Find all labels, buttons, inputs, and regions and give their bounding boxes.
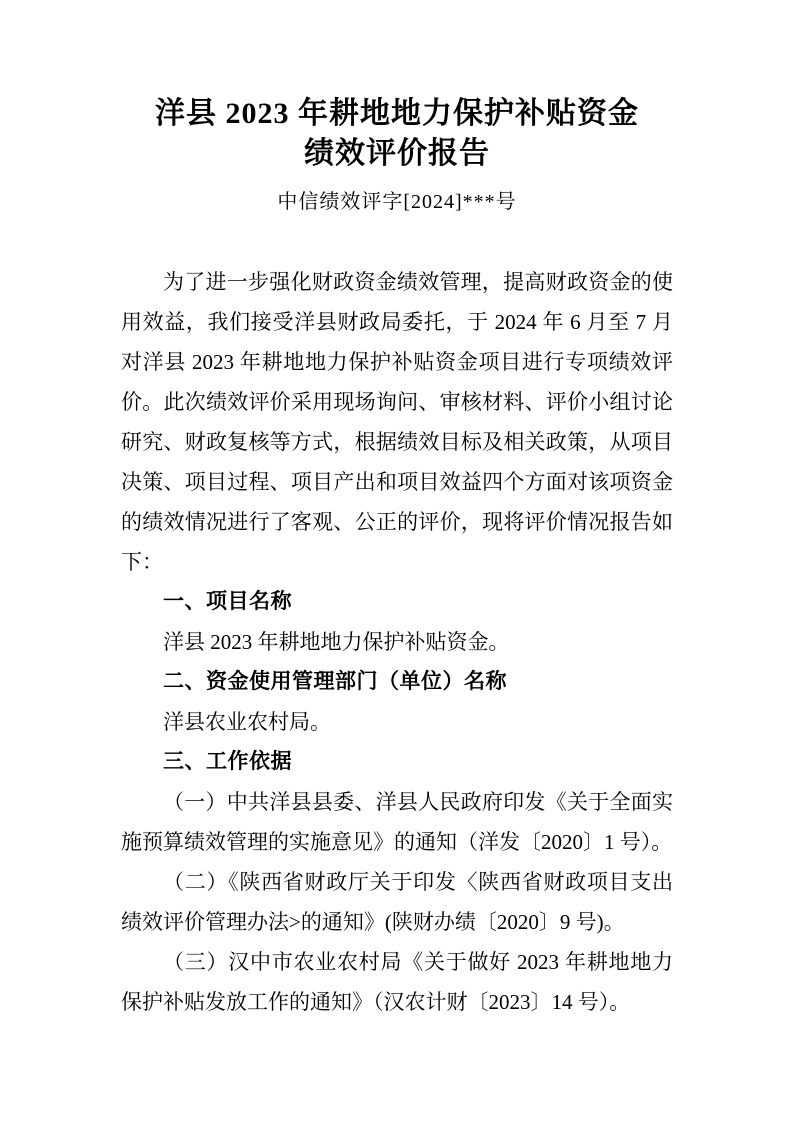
section-2-paragraph: 洋县农业农村局。: [121, 702, 673, 742]
section-3-item-3: （三）汉中市农业农村局《关于做好 2023 年耕地地力保护补贴发放工作的通知》（…: [121, 942, 673, 1022]
intro-paragraph: 为了进一步强化财政资金绩效管理，提高财政资金的使用效益，我们接受洋县财政局委托，…: [121, 262, 673, 582]
report-page: 洋县 2023 年耕地地力保护补贴资金 绩效评价报告 中信绩效评字[2024]*…: [0, 0, 793, 1122]
document-number: 中信绩效评字[2024]***号: [121, 189, 673, 215]
section-1-heading: 一、项目名称: [121, 582, 673, 622]
report-title-line1: 洋县 2023 年耕地地力保护补贴资金: [121, 94, 673, 134]
section-3-item-2: （二）《陕西省财政厅关于印发〈陕西省财政项目支出绩效评价管理办法>的通知》(陕财…: [121, 862, 673, 942]
section-3-item-1: （一）中共洋县县委、洋县人民政府印发《关于全面实施预算绩效管理的实施意见》的通知…: [121, 782, 673, 862]
report-body: 为了进一步强化财政资金绩效管理，提高财政资金的使用效益，我们接受洋县财政局委托，…: [121, 262, 673, 1022]
section-2-heading: 二、资金使用管理部门（单位）名称: [121, 662, 673, 702]
report-title-line2: 绩效评价报告: [121, 134, 673, 174]
section-1-paragraph: 洋县 2023 年耕地地力保护补贴资金。: [121, 622, 673, 662]
report-title: 洋县 2023 年耕地地力保护补贴资金 绩效评价报告: [121, 94, 673, 174]
section-3-heading: 三、工作依据: [121, 742, 673, 782]
